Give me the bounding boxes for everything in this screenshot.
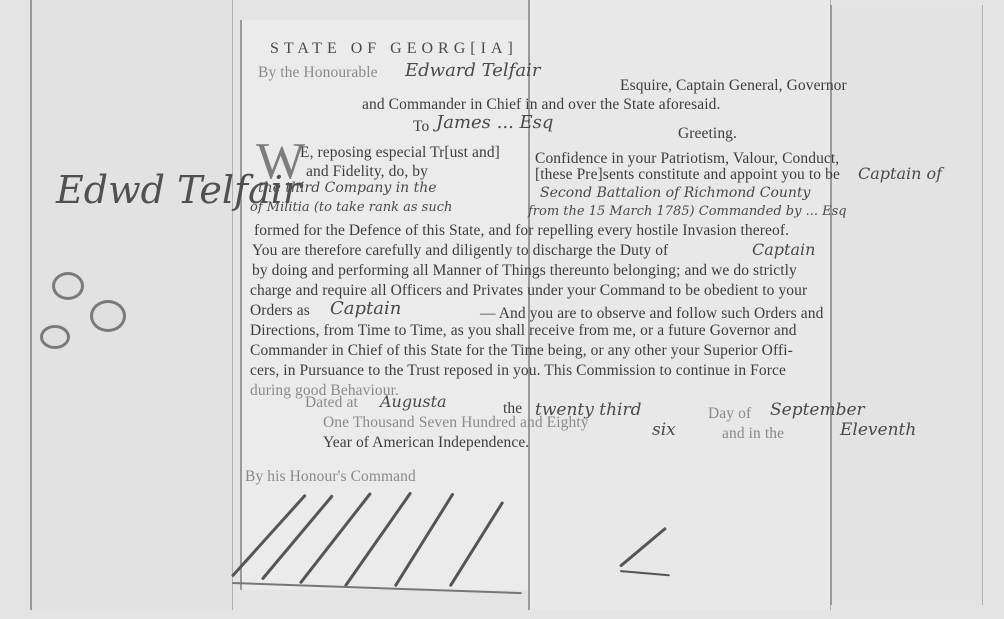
rank-date-handwritten: from the 15 March 1785) Commanded by ...… [528,204,847,219]
damage-stain [90,300,126,332]
independence-line: Year of American Independence. [323,434,529,452]
and-in-the-label: and in the [722,425,784,443]
body-line-2a: and Fidelity, do, by [306,163,428,181]
body-line-12: cers, in Pursuance to the Trust reposed … [250,362,786,380]
rank-handwritten: Captain of [858,164,942,183]
body-line-1a: E, reposing especial Tr[ust and] [300,144,500,162]
day-of-label: Day of [708,405,751,423]
to-prefix: To [413,118,429,136]
body-line-11: Commander in Chief of this State for the… [250,342,793,360]
duty-rank-handwritten: Captain [752,240,815,259]
body-line-6: You are therefore carefully and diligent… [252,242,668,260]
damage-stain [40,325,70,349]
independence-year-handwritten: Eleventh [840,420,916,440]
governor-name-handwritten: Edward Telfair [405,60,540,81]
orders-rank-handwritten: Captain [330,298,401,319]
header-printed-1: By the Honourable [258,64,378,82]
dated-at-label: Dated at [305,394,358,412]
document-title: STATE OF GEORG[IA] [270,40,518,58]
year-handwritten: six [652,420,676,440]
paper-fragment-right [830,5,983,605]
body-line-7: by doing and performing all Manner of Th… [252,262,797,280]
body-line-10: Directions, from Time to Time, as you sh… [250,322,797,340]
year-line: One Thousand Seven Hundred and Eighty [323,414,589,432]
paper-fragment-left [30,0,233,610]
damage-stain [52,272,84,300]
recipient-handwritten: James ... Esq [436,112,553,133]
command-line: By his Honour's Command [245,468,416,486]
greeting: Greeting. [678,125,737,143]
body-line-5: formed for the Defence of this State, an… [254,222,789,240]
month-handwritten: September [770,400,865,420]
margin-signature: Edwd Telfair [56,168,301,212]
body-line-2b: [these Pre]sents constitute and appoint … [535,166,840,184]
header-printed-1-cont: Esquire, Captain General, Governor [620,77,847,95]
battalion-handwritten: Second Battalion of Richmond County [540,185,810,201]
body-line-9b: — And you are to observe and follow such… [480,305,823,323]
body-line-9a: Orders as [250,302,310,320]
place-handwritten: Augusta [380,392,447,411]
